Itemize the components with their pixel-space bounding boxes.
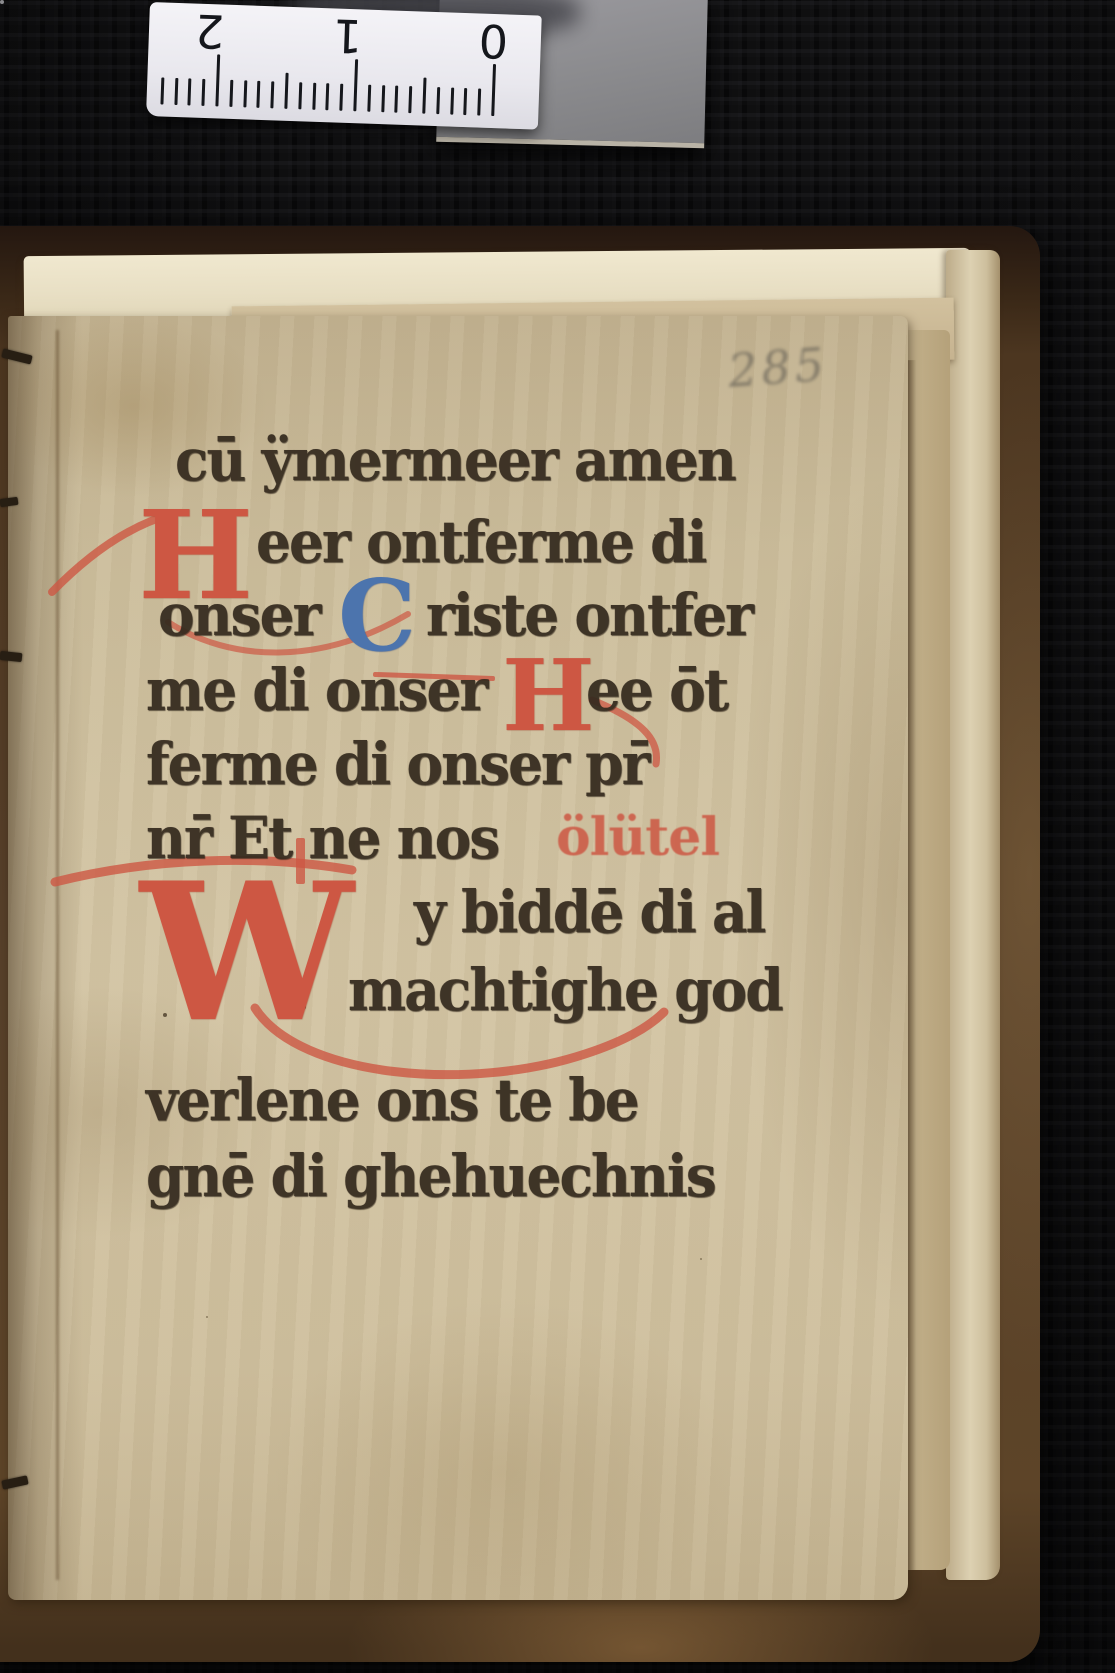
ruler-tick	[160, 77, 164, 104]
text-segment: riste ontfer	[426, 585, 752, 643]
ruler-tick	[215, 54, 220, 106]
ruler-tick	[229, 80, 233, 107]
rubric-text: ölütel	[556, 812, 719, 864]
illuminated-initial: W	[140, 858, 353, 1048]
ruler-tick	[340, 84, 344, 111]
ruler-tick	[450, 88, 454, 115]
text-segment: y biddē di al	[414, 882, 765, 940]
scale-ruler: 2 1 0	[146, 2, 542, 130]
ruler-tick	[243, 80, 247, 107]
gutter-crease	[56, 330, 59, 1580]
ruler-tick	[326, 83, 330, 110]
ruler-tick	[257, 81, 261, 108]
ruler-tick	[353, 59, 358, 111]
ruler-tick	[188, 78, 192, 105]
ruler-label-0: 0	[478, 18, 509, 65]
ruler-tick	[477, 89, 481, 116]
manuscript-photo: 2 1 0 285 cū ÿmermeer amenHeer ontferme …	[0, 0, 1115, 1673]
ruler-tick	[298, 82, 302, 109]
ruler-tick	[367, 85, 371, 112]
ruler-tick	[284, 73, 288, 109]
ruler-tick	[436, 87, 440, 114]
ruler-label-2: 2	[194, 8, 225, 55]
ruler-label-1: 1	[332, 12, 363, 59]
text-segment: gnē di ghehuechnis	[146, 1146, 715, 1204]
illuminated-initial: C	[338, 568, 416, 666]
text-segment: ee ōt	[586, 660, 727, 718]
ruler-tick	[174, 78, 178, 105]
dust-specks	[0, 0, 4, 4]
ruler-tick	[422, 78, 426, 114]
ruler-tick	[381, 85, 385, 112]
text-segment: cū ÿmermeer amen	[175, 430, 735, 488]
text-segment: onser	[158, 585, 320, 643]
text-segment: ferme di onser pr̄	[146, 734, 649, 792]
ruler-tick	[312, 83, 316, 110]
ruler-tick	[408, 86, 412, 113]
text-segment: verlene ons te be	[146, 1070, 638, 1128]
ruler-tick	[202, 79, 206, 106]
flyleaf-edge-right	[946, 250, 1000, 1580]
ruler-tick	[491, 64, 496, 116]
ruler-tick	[271, 81, 275, 108]
text-segment: eer ontferme di	[256, 512, 706, 570]
text-segment: machtighe god	[348, 960, 782, 1018]
ruler-tick	[395, 86, 399, 113]
ruler-tick	[464, 88, 468, 115]
text-segment: me di onser	[146, 660, 486, 718]
